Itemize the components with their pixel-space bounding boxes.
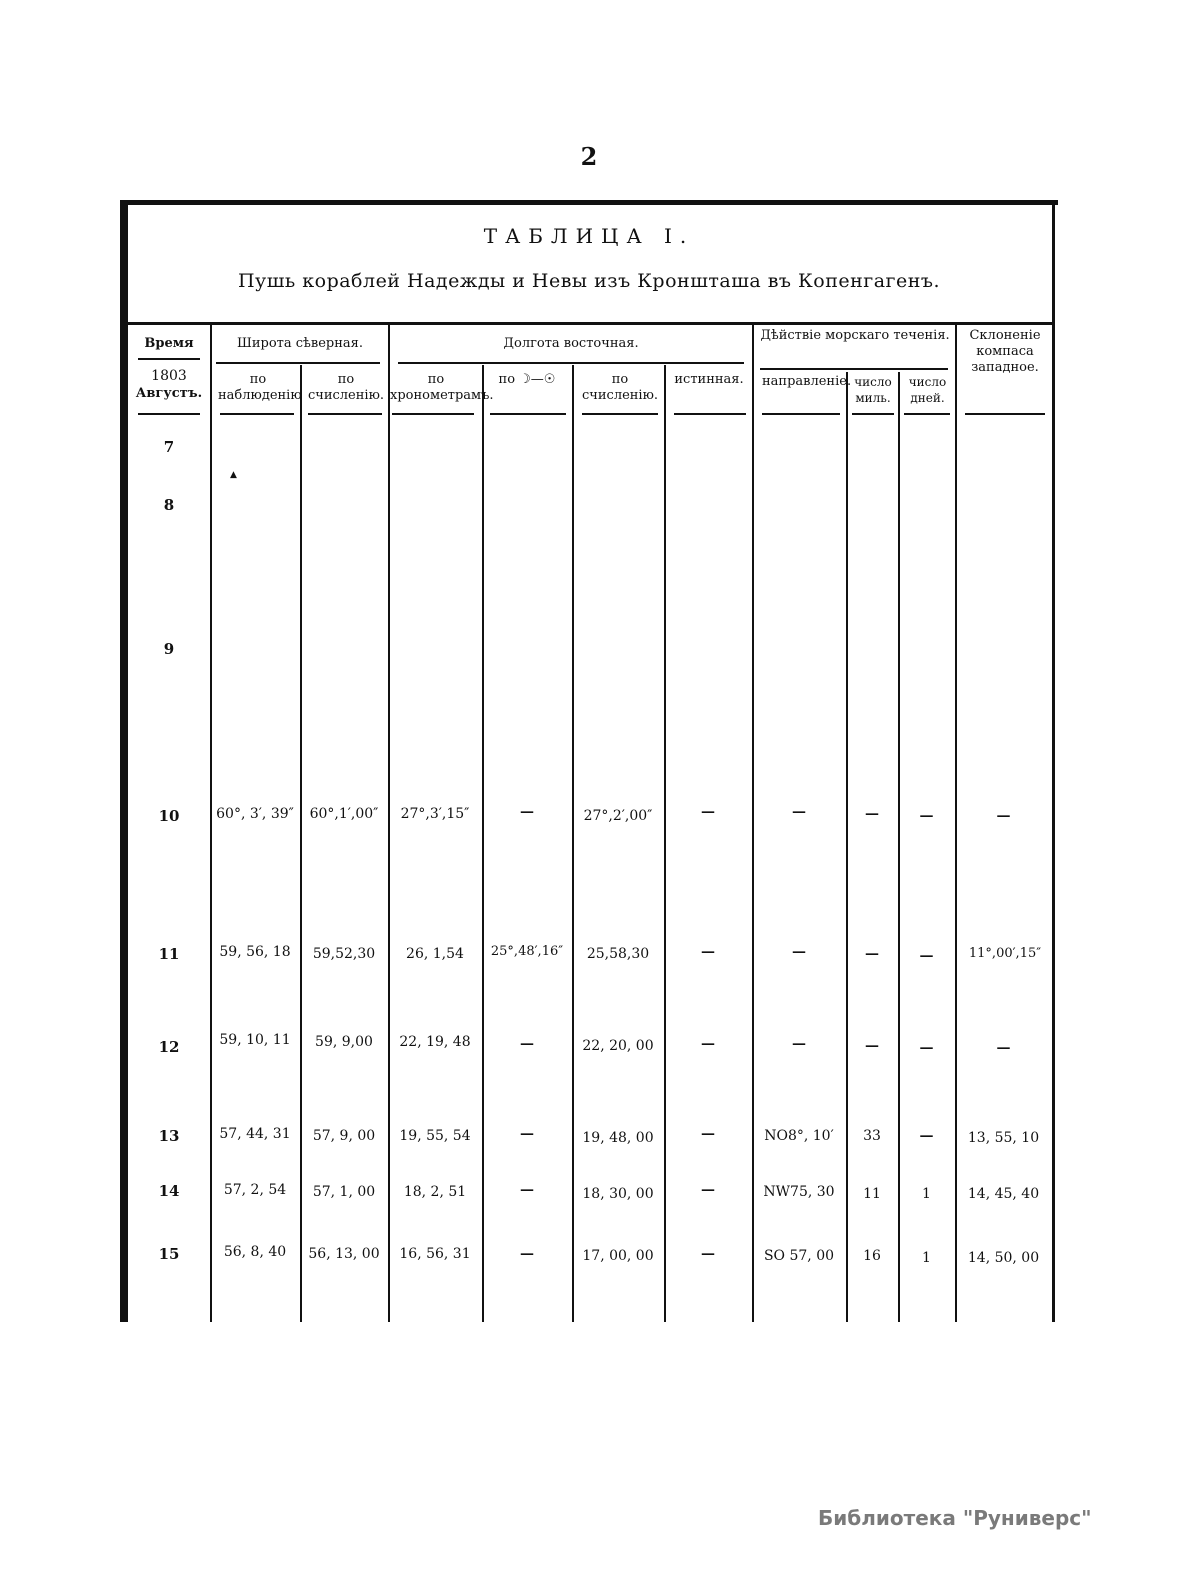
cell-current-days: —: [898, 1040, 955, 1056]
cell-current-miles: —: [846, 806, 898, 822]
header-time: Время: [128, 336, 210, 352]
cell-lon-reckoned: 19, 48, 00: [572, 1130, 664, 1146]
header-longitude-group: Долгота восточная.: [390, 336, 752, 352]
table-right-border: [1052, 200, 1055, 1322]
cell-lon-moon: —: [482, 1126, 572, 1142]
cell-lat-observed: 57, 44, 31: [210, 1126, 300, 1142]
cell-lon-reckoned: 18, 30, 00: [572, 1186, 664, 1202]
table-subtitle: Пушь кораблей Надежды и Невы изъ Кроншта…: [120, 270, 1058, 292]
header-rule: [490, 413, 566, 415]
header-rule: [220, 413, 294, 415]
header-rule: [138, 413, 200, 415]
header-rule: [308, 413, 382, 415]
cell-lon-true: —: [664, 1246, 752, 1262]
cell-lat-reckoned: 57, 9, 00: [300, 1128, 388, 1144]
col-divider: [752, 325, 754, 1322]
cell-lon-reckoned: 27°,2′,00″: [572, 808, 664, 824]
header-current-days: число дней.: [900, 374, 955, 406]
table-left-border: [120, 200, 128, 1322]
cell-lon-chronometer: 18, 2, 51: [388, 1184, 482, 1200]
cell-current-direction: —: [752, 1036, 846, 1052]
cell-lat-reckoned: 59, 9,00: [300, 1034, 388, 1050]
col-divider: [210, 325, 212, 1322]
table-top-border: [120, 200, 1058, 205]
row-date: 15: [128, 1245, 210, 1263]
header-rule: [965, 413, 1045, 415]
col-divider: [572, 365, 574, 1322]
cell-lon-moon: —: [482, 1182, 572, 1198]
cell-declination: —: [955, 1040, 1052, 1056]
header-current-group: Дѣйствіе морскаго теченія.: [760, 328, 950, 344]
cell-lon-chronometer: 22, 19, 48: [388, 1034, 482, 1050]
header-rule: [392, 413, 474, 415]
table-title: ТАБЛИЦА I.: [120, 224, 1058, 248]
cell-current-miles: 11: [846, 1186, 898, 1202]
header-lon-moon-sun: по ☽—☉: [492, 372, 562, 388]
row-date: 7: [128, 438, 210, 456]
cell-lon-chronometer: 16, 56, 31: [388, 1246, 482, 1262]
header-rule: [138, 358, 200, 360]
cell-current-miles: —: [846, 946, 898, 962]
header-lat-observed: по наблюденію: [218, 372, 298, 404]
cell-lon-moon: —: [482, 1246, 572, 1262]
cell-lon-chronometer: 27°,3′,15″: [388, 806, 482, 822]
header-latitude-group: Широта сѣверная.: [212, 336, 388, 352]
cell-current-direction: —: [752, 804, 846, 820]
cell-declination: —: [955, 808, 1052, 824]
page-number: 2: [574, 142, 604, 171]
header-declination: Склоненіе компаса западное.: [965, 328, 1045, 376]
row-date: 14: [128, 1182, 210, 1200]
header-rule: [582, 413, 658, 415]
row-date: 10: [128, 807, 210, 825]
cell-lat-observed: 57, 2, 54: [210, 1182, 300, 1198]
cell-current-days: 1: [898, 1250, 955, 1266]
row-date: 9: [128, 640, 210, 658]
cell-current-direction: SO 57, 00: [752, 1248, 846, 1264]
cell-declination: 13, 55, 10: [955, 1130, 1052, 1146]
col-divider: [846, 372, 848, 1322]
header-rule: [216, 362, 380, 364]
header-rule: [904, 413, 950, 415]
cell-lon-reckoned: 25,58,30: [572, 946, 664, 962]
cell-lon-true: —: [664, 1126, 752, 1142]
cell-current-miles: 33: [846, 1128, 898, 1144]
header-rule: [398, 362, 744, 364]
cell-lon-true: —: [664, 804, 752, 820]
col-divider: [388, 325, 390, 1322]
cell-declination: 14, 45, 40: [955, 1186, 1052, 1202]
cell-current-days: —: [898, 948, 955, 964]
header-lat-reckoned: по счисленію.: [306, 372, 386, 404]
cell-lat-observed: 60°, 3′, 39″: [210, 806, 300, 822]
cell-current-days: —: [898, 808, 955, 824]
header-rule: [762, 413, 840, 415]
cell-current-direction: NW75, 30: [752, 1184, 846, 1200]
cell-lat-observed: 56, 8, 40: [210, 1244, 300, 1260]
cell-lat-reckoned: 56, 13, 00: [300, 1246, 388, 1262]
cell-lon-true: —: [664, 1182, 752, 1198]
cell-lon-chronometer: 19, 55, 54: [388, 1128, 482, 1144]
header-rule: [674, 413, 746, 415]
cell-declination: 14, 50, 00: [955, 1250, 1052, 1266]
header-rule: [760, 368, 948, 370]
col-divider: [300, 365, 302, 1322]
row-date: 11: [128, 945, 210, 963]
col-divider: [898, 372, 900, 1322]
cell-lat-observed: 59, 10, 11: [210, 1032, 300, 1048]
cell-lon-reckoned: 17, 00, 00: [572, 1248, 664, 1264]
header-current-direction: направленіе.: [762, 374, 842, 390]
header-lon-true: истинная.: [674, 372, 744, 388]
cell-current-miles: —: [846, 1038, 898, 1054]
cell-lon-moon: 25°,48′,16″: [482, 944, 572, 959]
cell-lat-reckoned: 57, 1, 00: [300, 1184, 388, 1200]
row-date: 12: [128, 1038, 210, 1056]
cell-lat-observed: 59, 56, 18: [210, 944, 300, 960]
header-rule: [852, 413, 894, 415]
cell-current-days: 1: [898, 1186, 955, 1202]
cell-current-direction: —: [752, 944, 846, 960]
cell-lat-reckoned: 59,52,30: [300, 946, 388, 962]
row-date: 8: [128, 496, 210, 514]
cell-current-days: —: [898, 1128, 955, 1144]
cell-declination: 11°,00′,15″: [955, 946, 1055, 961]
cell-lon-reckoned: 22, 20, 00: [572, 1038, 664, 1054]
cell-lon-chronometer: 26, 1,54: [388, 946, 482, 962]
header-month: Августъ.: [128, 386, 210, 402]
cell-lon-moon: —: [482, 1036, 572, 1052]
cell-current-miles: 16: [846, 1248, 898, 1264]
header-top-rule: [128, 322, 1052, 325]
row-date: 13: [128, 1127, 210, 1145]
cell-lon-moon: —: [482, 804, 572, 820]
cell-lon-true: —: [664, 1036, 752, 1052]
header-current-miles: число миль.: [848, 374, 898, 406]
col-divider: [664, 365, 666, 1322]
header-lon-reckoned: по счисленію.: [582, 372, 658, 404]
header-year: 1803: [128, 368, 210, 384]
library-watermark: Библиотека "Руниверс": [818, 1506, 1092, 1530]
table-frame: ТАБЛИЦА I. Пушь кораблей Надежды и Невы …: [120, 200, 1058, 1322]
header-lon-chronometer: по хронометрамъ.: [390, 372, 482, 404]
cell-current-direction: NO8°, 10′: [752, 1128, 846, 1144]
print-mark: ▲: [230, 470, 237, 480]
cell-lat-reckoned: 60°,1′,00″: [300, 806, 388, 822]
col-divider: [482, 365, 484, 1322]
cell-lon-true: —: [664, 944, 752, 960]
